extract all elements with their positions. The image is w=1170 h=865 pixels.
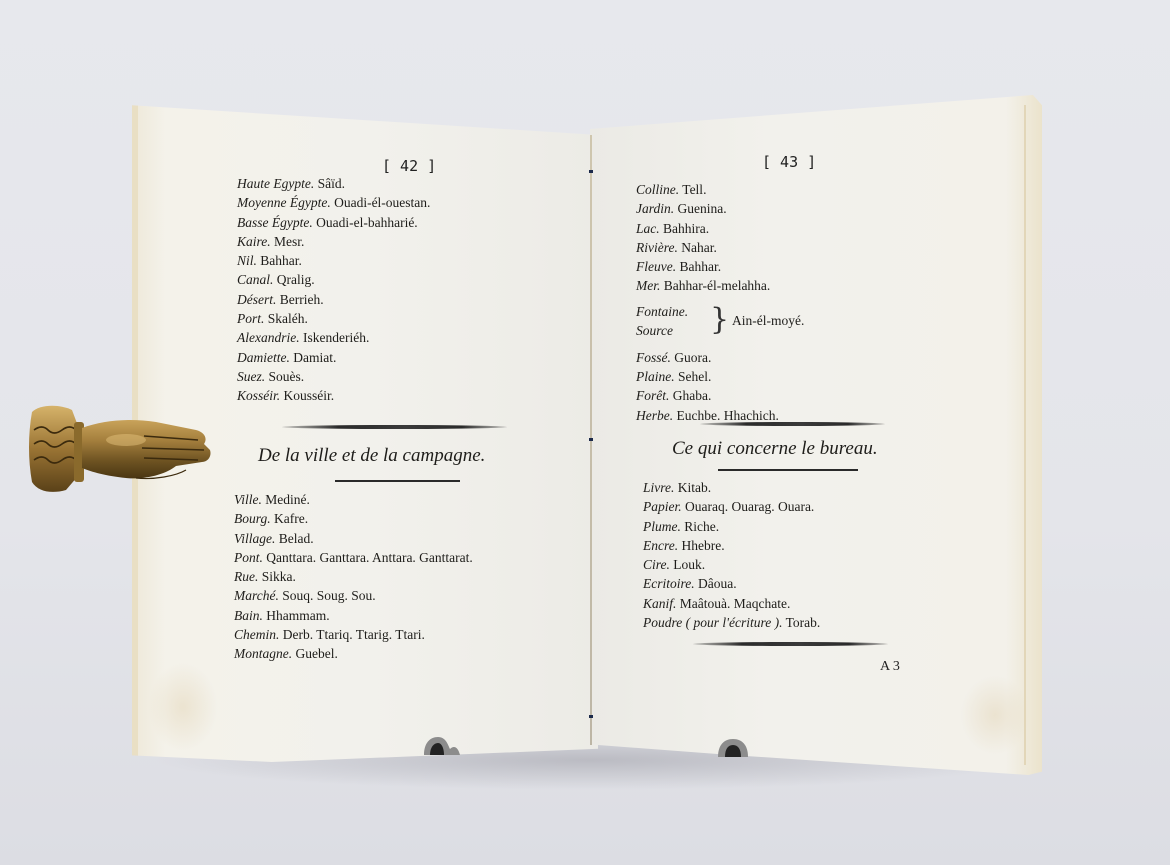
- binding-stitch: [589, 438, 593, 441]
- vocab-entry: Chemin. Derb. Ttariq. Ttarig. Ttari.: [234, 625, 473, 644]
- page-tab-clip-right: [716, 737, 752, 757]
- foxing-stain: [148, 662, 218, 752]
- vocab-entry: Colline. Tell.: [636, 180, 779, 199]
- right-entries-bottom: Livre. Kitab. Papier. Ouaraq. Ouarag. Ou…: [643, 478, 820, 632]
- vocab-entry: Poudre ( pour l'écriture ). Torab.: [643, 613, 820, 632]
- vocab-entry: Kanif. Maâtouà. Maqchate.: [643, 594, 820, 613]
- vocab-entry: Marché. Souq. Soug. Sou.: [234, 586, 473, 605]
- right-entries-top: Colline. Tell. Jardin. Guenina. Lac. Bah…: [636, 180, 779, 425]
- vocab-entry: Papier. Ouaraq. Ouarag. Ouara.: [643, 497, 820, 516]
- left-entries-bottom: Ville. Mediné. Bourg. Kafre. Village. Be…: [234, 490, 473, 664]
- vocab-entry: Port. Skaléh.: [237, 309, 430, 328]
- vocab-entry: Basse Égypte. Ouadi-el-bahharié.: [237, 213, 430, 232]
- brace-symbol: }: [710, 302, 729, 338]
- left-entries-top: Haute Egypte. Sâïd. Moyenne Égypte. Ouad…: [237, 174, 430, 406]
- vocab-entry: Kosséir. Kousséir.: [237, 386, 430, 405]
- vocab-entry: Jardin. Guenina.: [636, 199, 779, 218]
- page-tab-clip-left: [422, 735, 462, 755]
- vocab-entry: Moyenne Égypte. Ouadi-él-ouestan.: [237, 193, 430, 212]
- signature-mark: A 3: [880, 659, 900, 675]
- vocab-entry: Pont. Qanttara. Ganttara. Anttara. Gantt…: [234, 548, 473, 567]
- vocab-entry: Nil. Bahhar.: [237, 251, 430, 270]
- vocab-entry: Fossé. Guora.: [636, 348, 779, 367]
- brass-hand-clip-icon: [26, 400, 216, 496]
- heading-underline: [335, 480, 460, 482]
- heading-underline: [718, 469, 858, 471]
- vocab-entry: Rivière. Nahar.: [636, 238, 779, 257]
- vocab-entry: Forêt. Ghaba.: [636, 386, 779, 405]
- vocab-entry-brace: Fontaine. Source } Ain-él-moyé.: [636, 302, 779, 342]
- ornamental-rule: [700, 422, 885, 426]
- vocab-entry: Lac. Bahhira.: [636, 219, 779, 238]
- ornamental-rule: [282, 425, 507, 429]
- vocab-entry: Ville. Mediné.: [234, 490, 473, 509]
- vocab-entry: Damiette. Damiat.: [237, 348, 430, 367]
- vocab-entry: Fleuve. Bahhar.: [636, 257, 779, 276]
- vocab-entry: Encre. Hhebre.: [643, 536, 820, 555]
- vocab-entry: Bourg. Kafre.: [234, 509, 473, 528]
- ornamental-rule: [693, 642, 888, 646]
- vocab-entry: Cire. Louk.: [643, 555, 820, 574]
- vocab-entry: Mer. Bahhar-él-melahha.: [636, 276, 779, 295]
- vocab-entry: Ecritoire. Dâoua.: [643, 574, 820, 593]
- vocab-entry: Canal. Qralig.: [237, 270, 430, 289]
- page-number-left: [ 42 ]: [382, 157, 436, 175]
- vocab-entry: Plume. Riche.: [643, 517, 820, 536]
- foxing-stain: [960, 675, 1030, 755]
- binding-stitch: [589, 170, 593, 173]
- vocab-entry: Livre. Kitab.: [643, 478, 820, 497]
- vocab-entry: Bain. Hhammam.: [234, 606, 473, 625]
- vocab-entry: Suez. Souès.: [237, 367, 430, 386]
- vocab-entry: Plaine. Sehel.: [636, 367, 779, 386]
- section-heading-left: De la ville et de la campagne.: [258, 445, 485, 467]
- vocab-entry: Désert. Berrieh.: [237, 290, 430, 309]
- vocab-entry: Rue. Sikka.: [234, 567, 473, 586]
- vocab-entry: Haute Egypte. Sâïd.: [237, 174, 430, 193]
- section-heading-right: Ce qui concerne le bureau.: [672, 438, 878, 460]
- vocab-entry: Alexandrie. Iskenderiéh.: [237, 328, 430, 347]
- page-number-right: [ 43 ]: [762, 153, 816, 171]
- vocab-entry: Village. Belad.: [234, 529, 473, 548]
- vocab-entry: Montagne. Guebel.: [234, 644, 473, 663]
- binding-stitch: [589, 715, 593, 718]
- vocab-entry: Kaire. Mesr.: [237, 232, 430, 251]
